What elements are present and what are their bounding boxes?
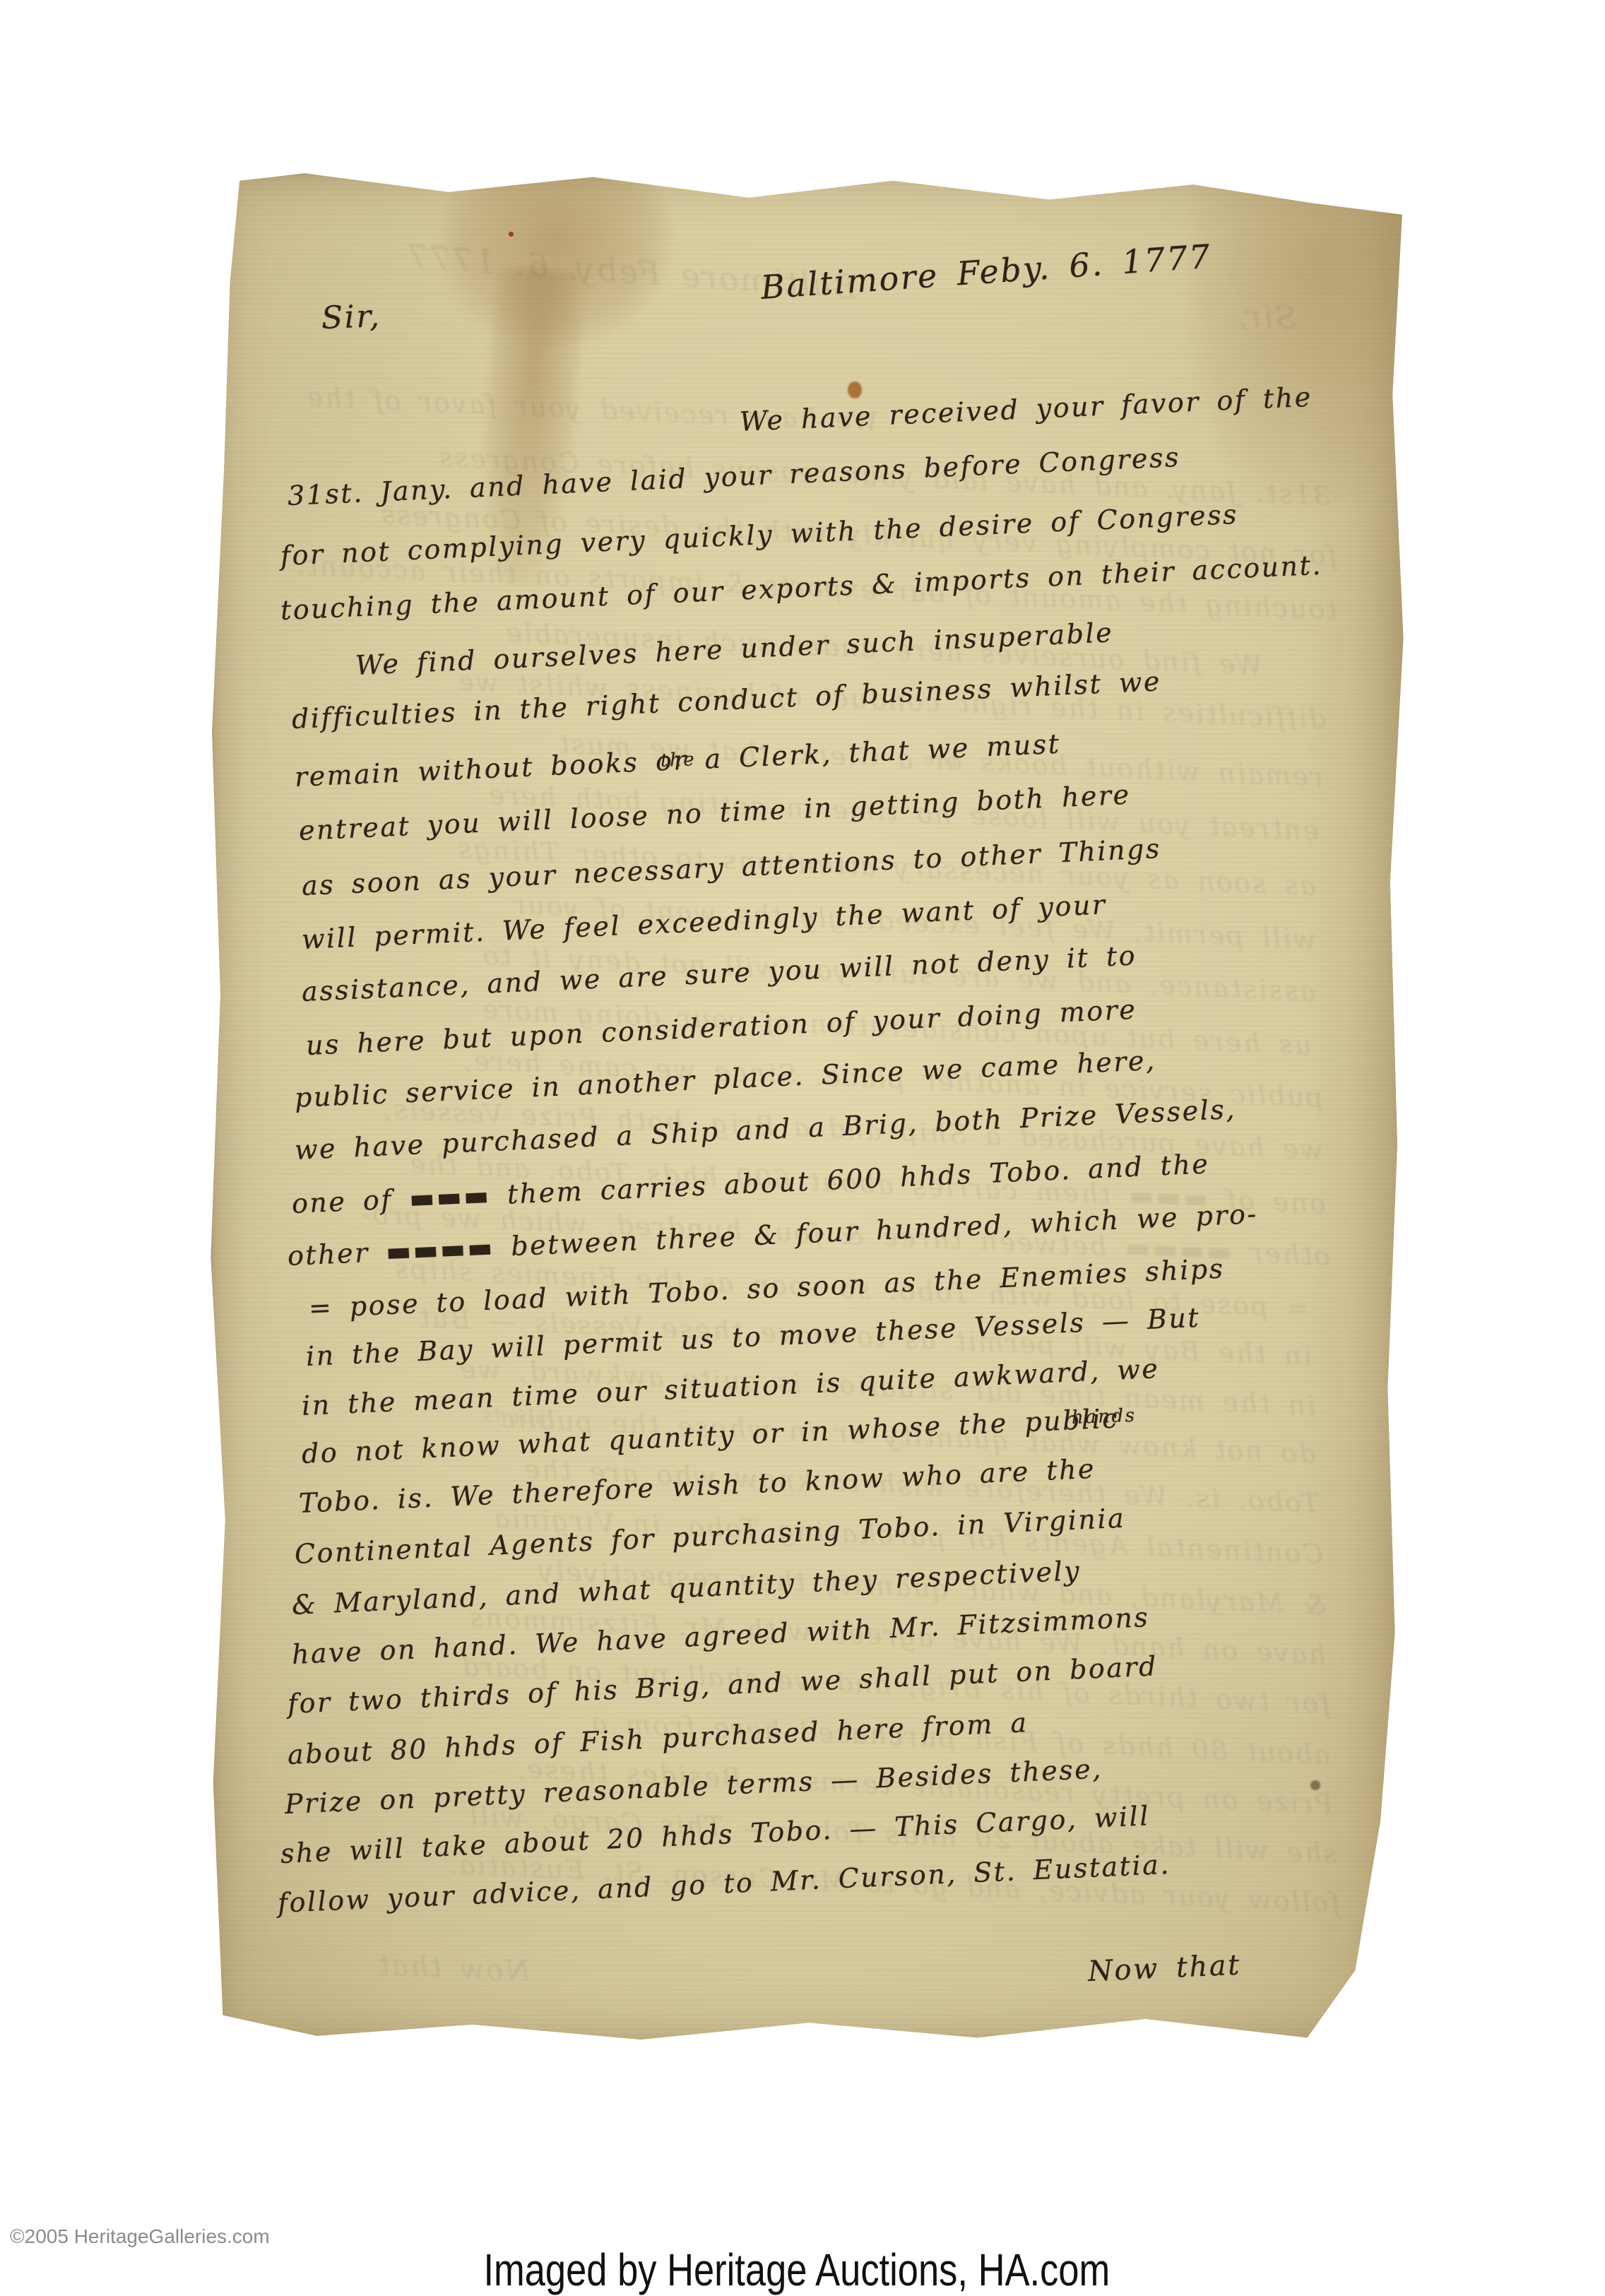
salutation: Sir, [321, 298, 381, 336]
letter-text-layer: Sir,Baltimore Feby. 6. 1777We have recei… [208, 170, 1409, 2045]
letter-line: remain without books or a Clerk, that we… [294, 728, 1061, 793]
letter-line: as soon as your necessary attentions to … [301, 833, 1162, 901]
imaged-by-caption: Imaged by Heritage Auctions, HA.com [138, 2244, 1455, 2296]
letter-line: We find ourselves here under such insupe… [355, 617, 1114, 681]
letter-line: We have received your favor of the [739, 381, 1313, 437]
letter-line: will permit. We feel exceedingly the wan… [301, 889, 1107, 955]
letter-line: assistance, and we are sure you will not… [301, 940, 1137, 1007]
letter-sheet: Sir,Baltimore Feby. 6. 1777We have recei… [208, 170, 1409, 2045]
dateline: Baltimore Feby. 6. 1777 [759, 237, 1213, 306]
scan-page: Sir,Baltimore Feby. 6. 1777We have recei… [0, 0, 1605, 2296]
letter-line: entreat you will loose no time in gettin… [298, 779, 1131, 846]
catchword: Now that [1087, 1949, 1242, 1988]
letter-line: 31st. Jany. and have laid your reasons b… [287, 442, 1181, 511]
